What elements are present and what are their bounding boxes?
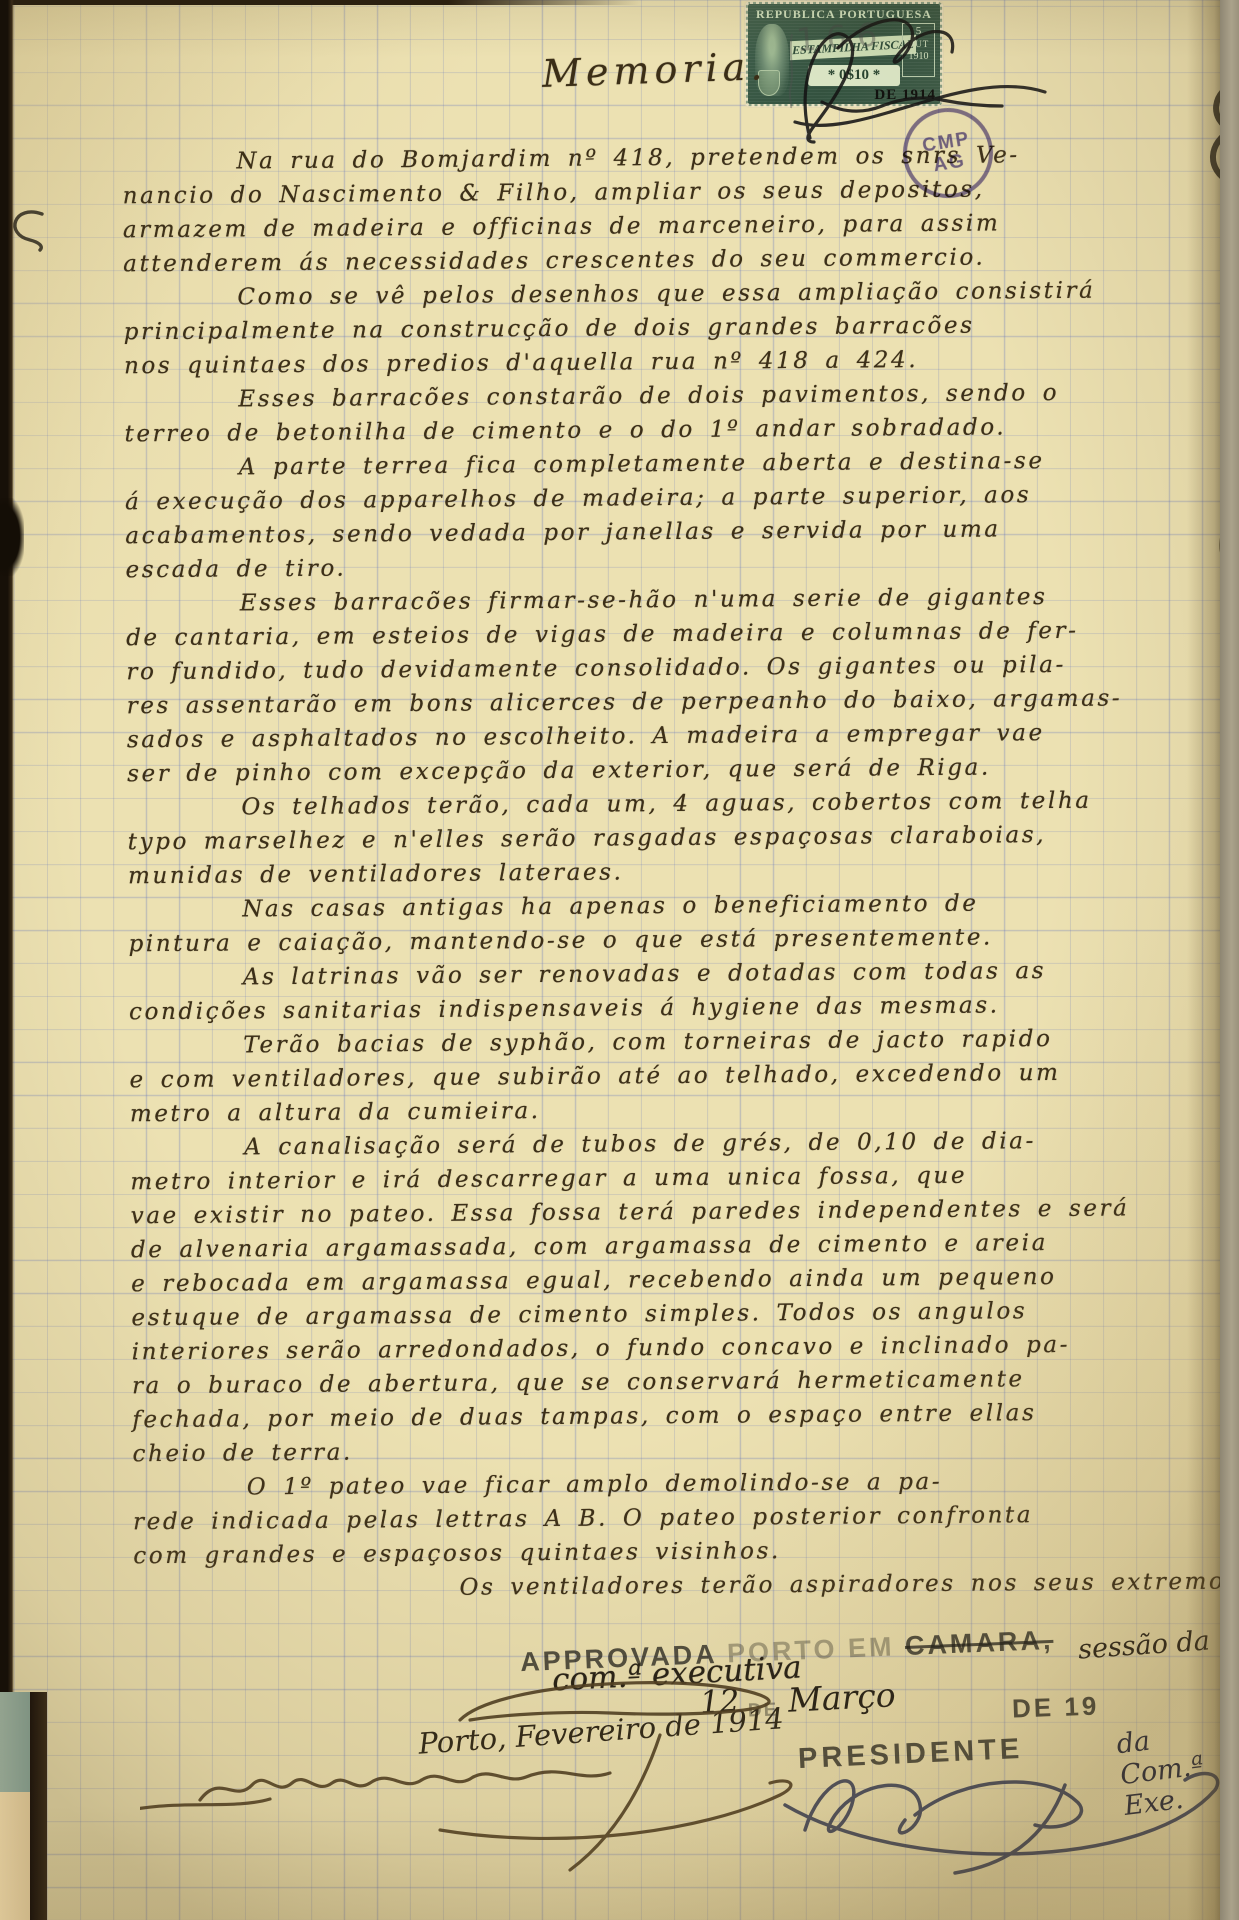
- page-title: Memoria.: [541, 44, 768, 96]
- page-top-edge: [0, 0, 640, 5]
- page-curl-shadow: [1187, 0, 1221, 1920]
- binding-ink-blotch: [0, 498, 24, 576]
- round-stamp-bottom-label: AG: [932, 151, 967, 176]
- date-box-year: 1910: [903, 50, 934, 64]
- manuscript-body: Na rua do Bomjardim nº 418, pretendem os…: [122, 137, 1221, 1608]
- place-date-handwritten: Porto, Fevereiro de 1914: [417, 1701, 785, 1760]
- book-binding-edge: [0, 0, 14, 1920]
- manuscript-page: 166 REPUBLICA PORTUGUESA ESTAMPILHA FISC…: [0, 0, 1239, 1920]
- scan-background-right: [1220, 0, 1239, 1920]
- approval-de19-label: DE 19: [1011, 1690, 1099, 1724]
- approval-month-handwritten: Março: [787, 1675, 896, 1720]
- date-box-day: 5: [903, 24, 934, 38]
- president-stamp-label: PRESIDENTE: [797, 1733, 1024, 1776]
- book-binding-edge-lower: [30, 1692, 47, 1920]
- fiscal-stamp-value: * 0$10 *: [808, 65, 900, 86]
- date-box-month: OUT: [903, 38, 934, 50]
- underlying-page-edge-green: [0, 1692, 34, 1794]
- underlying-page-edge-tan: [0, 1792, 30, 1920]
- fiscal-stamp-year-overprint: DE 1914: [874, 87, 936, 104]
- approval-camara-struck: CAMARA,: [904, 1625, 1054, 1661]
- archive-number: 166: [795, 15, 889, 59]
- fiscal-stamp-date-box: 5 OUT 1910: [902, 23, 935, 77]
